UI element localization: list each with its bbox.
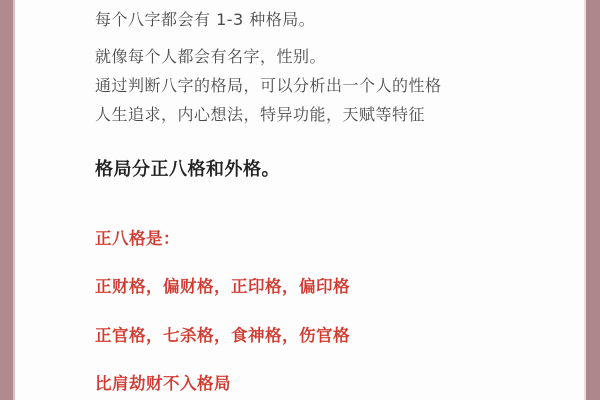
red-line-3: 比肩劫财不入格局 — [95, 370, 231, 394]
red-subheading: 正八格是： — [95, 225, 180, 249]
red-line-1: 正财格，偏财格，正印格，偏印格 — [95, 273, 350, 297]
red-line-2: 正官格，七杀格，食神格，伤官格 — [95, 322, 350, 346]
intro-line-1: 每个八字都会有 1-3 种格局。 — [95, 7, 315, 30]
text-content: 每个八字都会有 1-3 种格局。 就像每个人都会有名字，性别。 通过判断八字的格… — [95, 0, 570, 400]
section-heading: 格局分正八格和外格。 — [95, 155, 280, 181]
intro-line-3: 通过判断八字的格局，可以分析出一个人的性格 — [95, 73, 442, 96]
right-border-strip — [584, 0, 600, 400]
intro-line-4: 人生追求，内心想法，特异功能，天赋等特征 — [95, 102, 425, 125]
document-page: 每个八字都会有 1-3 种格局。 就像每个人都会有名字，性别。 通过判断八字的格… — [0, 0, 600, 400]
intro-line-2: 就像每个人都会有名字，性别。 — [95, 44, 326, 67]
left-border-strip — [0, 0, 15, 400]
